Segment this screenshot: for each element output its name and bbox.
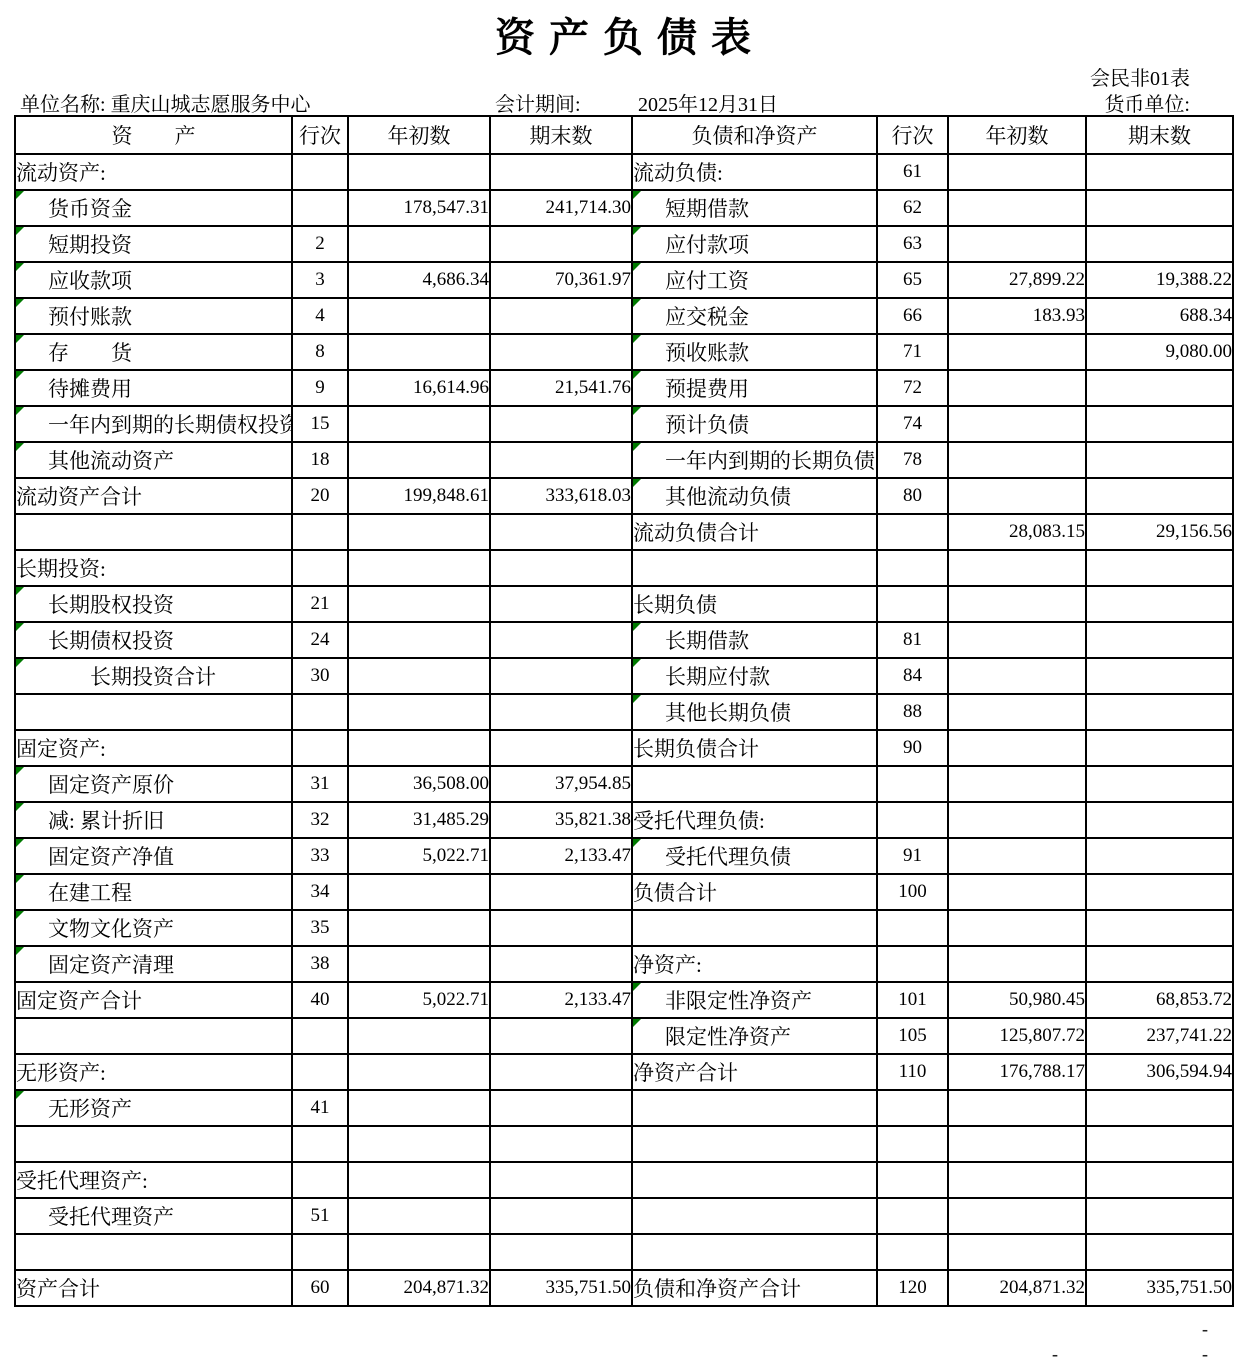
table-row: 减: 累计折旧3231,485.2935,821.38受托代理负债: xyxy=(15,802,1233,838)
item-label: 流动资产: xyxy=(16,161,106,185)
begin-balance-cell: 204,871.32 xyxy=(948,1270,1086,1306)
begin-balance-cell xyxy=(348,550,490,586)
item-label: 在建工程 xyxy=(48,881,132,905)
unit-name-value: 重庆山城志愿服务中心 xyxy=(111,94,311,116)
header-asset-label: 资 产 xyxy=(15,116,292,154)
begin-balance-cell: 36,508.00 xyxy=(348,766,490,802)
end-balance-cell xyxy=(490,406,632,442)
begin-balance-cell xyxy=(948,1234,1086,1270)
item-cell: 一年内到期的长期债权投资 xyxy=(15,406,292,442)
item-cell: 长期借款 xyxy=(632,622,877,658)
item-label: 长期投资合计 xyxy=(90,665,216,689)
item-label: 流动负债合计 xyxy=(633,521,759,545)
item-cell xyxy=(15,1126,292,1162)
item-cell: 存 货 xyxy=(15,334,292,370)
item-label: 长期负债合计 xyxy=(633,737,759,761)
item-cell xyxy=(632,550,877,586)
line-no-cell: 32 xyxy=(292,802,348,838)
line-no-cell: 15 xyxy=(292,406,348,442)
error-marker-icon xyxy=(16,587,24,595)
item-cell: 待摊费用 xyxy=(15,370,292,406)
error-marker-icon xyxy=(633,263,641,271)
item-cell: 受托代理负债: xyxy=(632,802,877,838)
table-row: 流动负债合计28,083.1529,156.56 xyxy=(15,514,1233,550)
table-row: 其他流动资产18一年内到期的长期负债78 xyxy=(15,442,1233,478)
begin-balance-cell xyxy=(948,622,1086,658)
item-cell: 其他流动资产 xyxy=(15,442,292,478)
header-line-no-label: 行次 xyxy=(877,116,948,154)
begin-balance-cell xyxy=(348,658,490,694)
line-no-cell xyxy=(877,1162,948,1198)
line-no-cell xyxy=(877,1126,948,1162)
item-cell: 限定性净资产 xyxy=(632,1018,877,1054)
table-row: 固定资产合计405,022.712,133.47非限定性净资产10150,980… xyxy=(15,982,1233,1018)
begin-balance-cell xyxy=(348,1018,490,1054)
begin-balance-cell xyxy=(348,946,490,982)
item-cell xyxy=(15,1234,292,1270)
end-balance-cell xyxy=(1086,190,1233,226)
item-label: 受托代理资产: xyxy=(16,1169,148,1193)
end-balance-cell xyxy=(1086,226,1233,262)
line-no-cell: 38 xyxy=(292,946,348,982)
line-no-cell: 35 xyxy=(292,910,348,946)
end-balance-cell: 241,714.30 xyxy=(490,190,632,226)
end-balance-cell: 19,388.22 xyxy=(1086,262,1233,298)
error-marker-icon xyxy=(633,695,641,703)
end-balance-cell xyxy=(1086,910,1233,946)
item-label: 资产合计 xyxy=(16,1277,100,1301)
item-cell xyxy=(632,766,877,802)
line-no-cell: 18 xyxy=(292,442,348,478)
item-label: 一年内到期的长期债权投资 xyxy=(48,413,292,437)
line-no-cell: 41 xyxy=(292,1090,348,1126)
item-label: 其他长期负债 xyxy=(665,701,791,725)
begin-balance-cell xyxy=(348,442,490,478)
table-row: 限定性净资产105125,807.72237,741.22 xyxy=(15,1018,1233,1054)
line-no-cell: 60 xyxy=(292,1270,348,1306)
begin-balance-cell xyxy=(348,910,490,946)
table-row: 流动资产合计20199,848.61333,618.03其他流动负债80 xyxy=(15,478,1233,514)
begin-balance-cell xyxy=(948,910,1086,946)
item-label: 负债和净资产合计 xyxy=(633,1277,801,1301)
begin-balance-cell xyxy=(348,1234,490,1270)
begin-balance-cell xyxy=(948,334,1086,370)
begin-balance-cell xyxy=(948,730,1086,766)
item-label: 待摊费用 xyxy=(48,377,132,401)
line-no-cell xyxy=(292,514,348,550)
item-cell xyxy=(632,910,877,946)
end-balance-cell xyxy=(490,1054,632,1090)
line-no-cell: 74 xyxy=(877,406,948,442)
item-cell: 受托代理资产: xyxy=(15,1162,292,1198)
begin-balance-cell xyxy=(948,406,1086,442)
item-label: 限定性净资产 xyxy=(665,1025,791,1049)
line-no-cell: 34 xyxy=(292,874,348,910)
item-cell: 长期投资合计 xyxy=(15,658,292,694)
begin-balance-cell xyxy=(948,154,1086,190)
item-cell: 无形资产 xyxy=(15,1090,292,1126)
line-no-cell: 24 xyxy=(292,622,348,658)
line-no-cell xyxy=(292,1234,348,1270)
begin-balance-cell xyxy=(948,658,1086,694)
end-balance-cell xyxy=(1086,370,1233,406)
begin-balance-cell: 16,614.96 xyxy=(348,370,490,406)
error-marker-icon xyxy=(633,659,641,667)
begin-balance-cell: 5,022.71 xyxy=(348,982,490,1018)
table-row: 长期投资合计30长期应付款84 xyxy=(15,658,1233,694)
line-no-cell xyxy=(877,1234,948,1270)
table-row: 资产合计60204,871.32335,751.50负债和净资产合计120204… xyxy=(15,1270,1233,1306)
line-no-cell xyxy=(877,1090,948,1126)
begin-balance-cell xyxy=(948,586,1086,622)
begin-balance-cell xyxy=(348,406,490,442)
table-row: 固定资产原价3136,508.0037,954.85 xyxy=(15,766,1233,802)
item-cell: 长期投资: xyxy=(15,550,292,586)
item-cell: 长期股权投资 xyxy=(15,586,292,622)
item-cell: 在建工程 xyxy=(15,874,292,910)
end-balance-cell xyxy=(1086,730,1233,766)
item-label: 净资产: xyxy=(633,953,702,977)
end-balance-cell xyxy=(490,442,632,478)
line-no-cell: 110 xyxy=(877,1054,948,1090)
error-marker-icon xyxy=(16,443,24,451)
error-marker-icon xyxy=(633,407,641,415)
item-cell xyxy=(15,694,292,730)
begin-balance-cell xyxy=(348,1198,490,1234)
table-row: 货币资金178,547.31241,714.30短期借款62 xyxy=(15,190,1233,226)
begin-balance-cell xyxy=(948,946,1086,982)
end-balance-cell: 21,541.76 xyxy=(490,370,632,406)
item-cell: 预计负债 xyxy=(632,406,877,442)
begin-balance-cell xyxy=(348,298,490,334)
begin-balance-cell xyxy=(948,802,1086,838)
end-balance-cell: 37,954.85 xyxy=(490,766,632,802)
item-label: 固定资产: xyxy=(16,737,106,761)
error-marker-icon xyxy=(16,407,24,415)
item-label: 减: 累计折旧 xyxy=(48,809,164,833)
end-balance-cell xyxy=(490,658,632,694)
item-cell: 应付款项 xyxy=(632,226,877,262)
item-label: 固定资产合计 xyxy=(16,989,142,1013)
form-code-label: 会民非01表 xyxy=(1090,62,1190,91)
error-marker-icon xyxy=(633,299,641,307)
begin-balance-cell: 178,547.31 xyxy=(348,190,490,226)
line-no-cell xyxy=(877,910,948,946)
end-balance-cell: 335,751.50 xyxy=(1086,1270,1233,1306)
item-label: 应付工资 xyxy=(665,269,749,293)
error-marker-icon xyxy=(633,1019,641,1027)
end-balance-cell: 68,853.72 xyxy=(1086,982,1233,1018)
item-cell: 流动负债合计 xyxy=(632,514,877,550)
end-balance-cell xyxy=(1086,1162,1233,1198)
item-cell: 预提费用 xyxy=(632,370,877,406)
end-balance-cell xyxy=(1086,622,1233,658)
line-no-cell: 30 xyxy=(292,658,348,694)
item-label: 预收账款 xyxy=(665,341,749,365)
header-end-balance-label: 期末数 xyxy=(490,116,632,154)
page-title: 资 产 负 债 表 xyxy=(0,6,1248,63)
line-no-cell: 21 xyxy=(292,586,348,622)
item-label: 固定资产清理 xyxy=(48,953,174,977)
item-label: 短期借款 xyxy=(665,197,749,221)
line-no-cell xyxy=(292,694,348,730)
end-balance-cell xyxy=(490,334,632,370)
begin-balance-cell xyxy=(948,766,1086,802)
item-label: 预计负债 xyxy=(665,413,749,437)
begin-balance-cell xyxy=(948,694,1086,730)
item-label: 应交税金 xyxy=(665,305,749,329)
table-row: 其他长期负债88 xyxy=(15,694,1233,730)
end-balance-cell xyxy=(1086,694,1233,730)
line-no-cell xyxy=(877,946,948,982)
end-balance-cell: 688.34 xyxy=(1086,298,1233,334)
item-cell: 资产合计 xyxy=(15,1270,292,1306)
begin-balance-cell xyxy=(948,226,1086,262)
table-row: 短期投资2应付款项63 xyxy=(15,226,1233,262)
header-begin-balance-label: 年初数 xyxy=(348,116,490,154)
line-no-cell: 88 xyxy=(877,694,948,730)
item-label: 固定资产净值 xyxy=(48,845,174,869)
end-balance-cell xyxy=(490,550,632,586)
end-balance-cell: 237,741.22 xyxy=(1086,1018,1233,1054)
line-no-cell: 40 xyxy=(292,982,348,1018)
item-label: 一年内到期的长期负债 xyxy=(665,449,875,473)
item-cell xyxy=(632,1198,877,1234)
line-no-cell: 33 xyxy=(292,838,348,874)
item-label: 无形资产 xyxy=(48,1097,132,1121)
item-label: 其他流动资产 xyxy=(48,449,174,473)
item-cell: 预付账款 xyxy=(15,298,292,334)
line-no-cell: 61 xyxy=(877,154,948,190)
line-no-cell: 31 xyxy=(292,766,348,802)
item-label: 流动资产合计 xyxy=(16,485,142,509)
begin-balance-cell xyxy=(948,550,1086,586)
line-no-cell: 84 xyxy=(877,658,948,694)
begin-balance-cell xyxy=(348,1090,490,1126)
balance-sheet-page: 资 产 负 债 表 会民非01表 单位名称: 重庆山城志愿服务中心 会计期间: … xyxy=(0,0,1248,1370)
item-cell: 应交税金 xyxy=(632,298,877,334)
line-no-cell: 8 xyxy=(292,334,348,370)
line-no-cell: 91 xyxy=(877,838,948,874)
error-marker-icon xyxy=(16,623,24,631)
item-label: 文物文化资产 xyxy=(48,917,174,941)
line-no-cell: 4 xyxy=(292,298,348,334)
error-marker-icon xyxy=(16,803,24,811)
line-no-cell: 101 xyxy=(877,982,948,1018)
item-cell xyxy=(632,1234,877,1270)
line-no-cell xyxy=(877,766,948,802)
end-balance-cell xyxy=(490,946,632,982)
item-cell: 受托代理负债 xyxy=(632,838,877,874)
end-balance-cell: 35,821.38 xyxy=(490,802,632,838)
error-marker-icon xyxy=(633,623,641,631)
item-cell xyxy=(15,514,292,550)
table-row: 固定资产净值335,022.712,133.47受托代理负债91 xyxy=(15,838,1233,874)
item-label: 应收款项 xyxy=(48,269,132,293)
line-no-cell xyxy=(877,514,948,550)
begin-balance-cell xyxy=(348,730,490,766)
line-no-cell: 71 xyxy=(877,334,948,370)
table-row: 预付账款4应交税金66183.93688.34 xyxy=(15,298,1233,334)
item-cell: 文物文化资产 xyxy=(15,910,292,946)
begin-balance-cell: 27,899.22 xyxy=(948,262,1086,298)
end-balance-cell xyxy=(490,1090,632,1126)
line-no-cell: 20 xyxy=(292,478,348,514)
item-label: 存 货 xyxy=(48,341,132,365)
begin-balance-cell xyxy=(348,154,490,190)
table-row: 受托代理资产: xyxy=(15,1162,1233,1198)
item-cell: 长期应付款 xyxy=(632,658,877,694)
end-balance-cell xyxy=(1086,766,1233,802)
header-end-balance-label: 期末数 xyxy=(1086,116,1233,154)
item-cell: 固定资产原价 xyxy=(15,766,292,802)
begin-balance-cell: 50,980.45 xyxy=(948,982,1086,1018)
item-cell: 减: 累计折旧 xyxy=(15,802,292,838)
line-no-cell: 72 xyxy=(877,370,948,406)
item-cell: 预收账款 xyxy=(632,334,877,370)
end-balance-cell xyxy=(490,1198,632,1234)
item-cell: 其他长期负债 xyxy=(632,694,877,730)
line-no-cell xyxy=(292,190,348,226)
item-label: 货币资金 xyxy=(48,197,132,221)
line-no-cell: 9 xyxy=(292,370,348,406)
table-row: 长期股权投资21长期负债 xyxy=(15,586,1233,622)
table-header-row: 资 产 行次 年初数 期末数 负债和净资产 行次 年初数 期末数 xyxy=(15,116,1233,154)
begin-balance-cell: 204,871.32 xyxy=(348,1270,490,1306)
error-marker-icon xyxy=(16,335,24,343)
footer-dash: - xyxy=(1202,1345,1208,1363)
footer-dash: - xyxy=(1202,1320,1208,1338)
end-balance-cell xyxy=(490,298,632,334)
item-cell: 负债和净资产合计 xyxy=(632,1270,877,1306)
balance-table: 资 产 行次 年初数 期末数 负债和净资产 行次 年初数 期末数 流动资产:流动… xyxy=(14,115,1234,1307)
item-cell: 其他流动负债 xyxy=(632,478,877,514)
item-cell: 固定资产净值 xyxy=(15,838,292,874)
end-balance-cell xyxy=(1086,1126,1233,1162)
error-marker-icon xyxy=(16,911,24,919)
currency-unit-label: 货币单位: xyxy=(1104,88,1190,117)
item-label: 固定资产原价 xyxy=(48,773,174,797)
item-cell: 受托代理资产 xyxy=(15,1198,292,1234)
end-balance-cell xyxy=(490,730,632,766)
end-balance-cell xyxy=(490,910,632,946)
item-cell: 短期借款 xyxy=(632,190,877,226)
line-no-cell: 66 xyxy=(877,298,948,334)
end-balance-cell xyxy=(1086,874,1233,910)
error-marker-icon xyxy=(16,191,24,199)
begin-balance-cell: 31,485.29 xyxy=(348,802,490,838)
line-no-cell xyxy=(877,802,948,838)
begin-balance-cell xyxy=(948,478,1086,514)
line-no-cell: 80 xyxy=(877,478,948,514)
end-balance-cell: 2,133.47 xyxy=(490,838,632,874)
error-marker-icon xyxy=(633,443,641,451)
item-cell: 短期投资 xyxy=(15,226,292,262)
end-balance-cell: 333,618.03 xyxy=(490,478,632,514)
item-label: 长期借款 xyxy=(665,629,749,653)
error-marker-icon xyxy=(16,263,24,271)
error-marker-icon xyxy=(16,839,24,847)
begin-balance-cell xyxy=(948,1090,1086,1126)
unit-name-label: 单位名称: xyxy=(20,94,106,116)
footer-dash: - xyxy=(1052,1345,1058,1363)
error-marker-icon xyxy=(633,191,641,199)
line-no-cell: 63 xyxy=(877,226,948,262)
end-balance-cell xyxy=(490,694,632,730)
error-marker-icon xyxy=(633,839,641,847)
item-cell: 货币资金 xyxy=(15,190,292,226)
end-balance-cell xyxy=(1086,838,1233,874)
line-no-cell: 2 xyxy=(292,226,348,262)
item-cell xyxy=(632,1090,877,1126)
error-marker-icon xyxy=(16,947,24,955)
begin-balance-cell xyxy=(348,586,490,622)
line-no-cell: 100 xyxy=(877,874,948,910)
item-label: 长期应付款 xyxy=(665,665,770,689)
end-balance-cell: 29,156.56 xyxy=(1086,514,1233,550)
begin-balance-cell: 199,848.61 xyxy=(348,478,490,514)
error-marker-icon xyxy=(16,299,24,307)
table-row: 无形资产:净资产合计110176,788.17306,594.94 xyxy=(15,1054,1233,1090)
begin-balance-cell xyxy=(948,838,1086,874)
item-cell: 长期负债 xyxy=(632,586,877,622)
end-balance-cell: 9,080.00 xyxy=(1086,334,1233,370)
begin-balance-cell xyxy=(948,1126,1086,1162)
begin-balance-cell xyxy=(348,874,490,910)
error-marker-icon xyxy=(16,659,24,667)
begin-balance-cell xyxy=(348,226,490,262)
line-no-cell xyxy=(877,550,948,586)
begin-balance-cell xyxy=(948,370,1086,406)
error-marker-icon xyxy=(633,227,641,235)
line-no-cell xyxy=(292,550,348,586)
item-cell: 应收款项 xyxy=(15,262,292,298)
end-balance-cell xyxy=(1086,1234,1233,1270)
item-label: 应付款项 xyxy=(665,233,749,257)
begin-balance-cell xyxy=(348,1126,490,1162)
item-cell: 净资产: xyxy=(632,946,877,982)
begin-balance-cell xyxy=(948,190,1086,226)
balance-table-body: 流动资产:流动负债:61货币资金178,547.31241,714.30短期借款… xyxy=(15,154,1233,1306)
table-row: 受托代理资产51 xyxy=(15,1198,1233,1234)
table-row: 在建工程34负债合计100 xyxy=(15,874,1233,910)
begin-balance-cell xyxy=(348,514,490,550)
end-balance-cell xyxy=(490,1018,632,1054)
begin-balance-cell xyxy=(948,874,1086,910)
line-no-cell: 65 xyxy=(877,262,948,298)
item-label: 长期股权投资 xyxy=(48,593,174,617)
end-balance-cell xyxy=(1086,478,1233,514)
line-no-cell xyxy=(292,1054,348,1090)
item-label: 其他流动负债 xyxy=(665,485,791,509)
item-label: 无形资产: xyxy=(16,1061,106,1085)
begin-balance-cell xyxy=(948,442,1086,478)
table-row: 一年内到期的长期债权投资15预计负债74 xyxy=(15,406,1233,442)
line-no-cell: 78 xyxy=(877,442,948,478)
end-balance-cell xyxy=(1086,802,1233,838)
table-row: 文物文化资产35 xyxy=(15,910,1233,946)
header-liability-label: 负债和净资产 xyxy=(632,116,877,154)
error-marker-icon xyxy=(16,227,24,235)
line-no-cell: 90 xyxy=(877,730,948,766)
item-cell xyxy=(632,1162,877,1198)
end-balance-cell xyxy=(1086,658,1233,694)
end-balance-cell xyxy=(1086,1090,1233,1126)
begin-balance-cell: 4,686.34 xyxy=(348,262,490,298)
item-cell: 负债合计 xyxy=(632,874,877,910)
line-no-cell xyxy=(292,1018,348,1054)
end-balance-cell: 335,751.50 xyxy=(490,1270,632,1306)
